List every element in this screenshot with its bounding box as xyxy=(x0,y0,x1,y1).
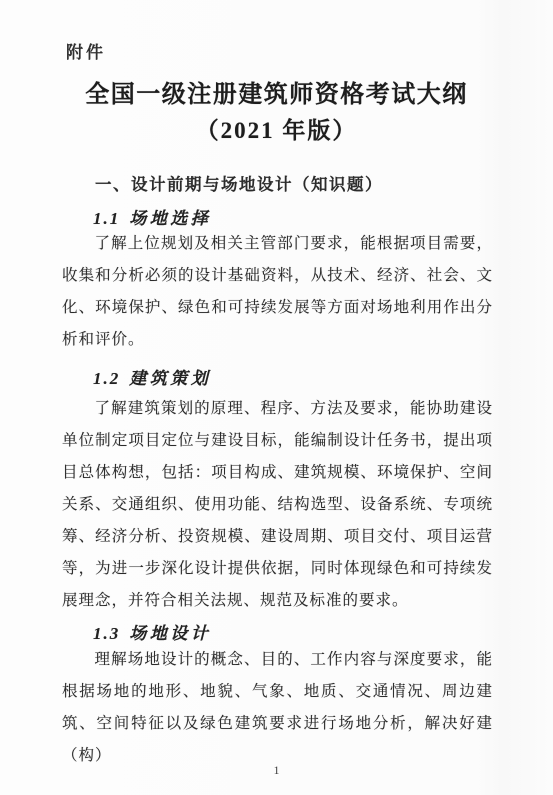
body-paragraph-architectural-programming: 了解建筑策划的原理、程序、方法及要求，能协助建设单位制定项目定位与建设目标，能编… xyxy=(62,393,493,617)
page-number: 1 xyxy=(0,763,553,778)
body-paragraph-site-selection: 了解上位规划及相关主管部门要求，能根据项目需要，收集和分析必须的设计基础资料，从… xyxy=(62,228,493,356)
document-title: 全国一级注册建筑师资格考试大纲 xyxy=(0,74,553,109)
subsection-number: 1.1 xyxy=(93,209,120,228)
document-subtitle: （2021 年版） xyxy=(0,112,553,145)
subsection-number: 1.3 xyxy=(93,624,120,643)
attachment-label: 附件 xyxy=(66,38,106,63)
body-paragraph-site-design: 理解场地设计的概念、目的、工作内容与深度要求，能根据场地的地形、地貌、气象、地质… xyxy=(62,644,493,772)
document-page: 附件 全国一级注册建筑师资格考试大纲 （2021 年版） 一、设计前期与场地设计… xyxy=(0,0,553,795)
subsection-heading-site-selection: 1.1场地选择 xyxy=(93,204,211,229)
section-heading: 一、设计前期与场地设计（知识题） xyxy=(95,171,383,195)
subsection-heading-architectural-programming: 1.2建筑策划 xyxy=(93,364,211,389)
subsection-title: 场地设计 xyxy=(129,624,211,643)
subsection-number: 1.2 xyxy=(93,369,120,388)
subsection-title: 建筑策划 xyxy=(129,369,211,388)
subsection-heading-site-design: 1.3场地设计 xyxy=(93,619,211,644)
subsection-title: 场地选择 xyxy=(129,209,211,228)
